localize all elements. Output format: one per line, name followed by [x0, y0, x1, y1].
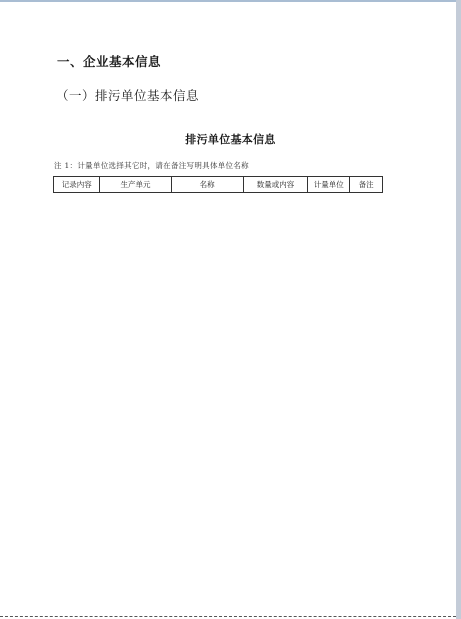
column-header-name: 名称 [171, 177, 243, 193]
column-header-unit-of-measure: 计量单位 [308, 177, 350, 193]
section-heading: 一、企业基本信息 [57, 52, 161, 70]
column-header-record-content: 记录内容 [54, 177, 100, 193]
column-header-remarks: 备注 [350, 177, 383, 193]
table-note: 注 1：计量单位选择其它时，请在备注写明具体单位名称 [54, 160, 249, 171]
column-header-quantity-or-content: 数量或内容 [243, 177, 308, 193]
page-break-line [0, 616, 456, 617]
vertical-scrollbar[interactable] [456, 0, 461, 619]
pollutant-unit-info-table: 记录内容 生产单元 名称 数量或内容 计量单位 备注 [53, 176, 383, 193]
window-frame-top [0, 0, 461, 2]
subsection-heading: （一）排污单位基本信息 [56, 86, 199, 104]
table-header-row: 记录内容 生产单元 名称 数量或内容 计量单位 备注 [54, 177, 383, 193]
table-title: 排污单位基本信息 [0, 131, 461, 147]
column-header-production-unit: 生产单元 [100, 177, 171, 193]
